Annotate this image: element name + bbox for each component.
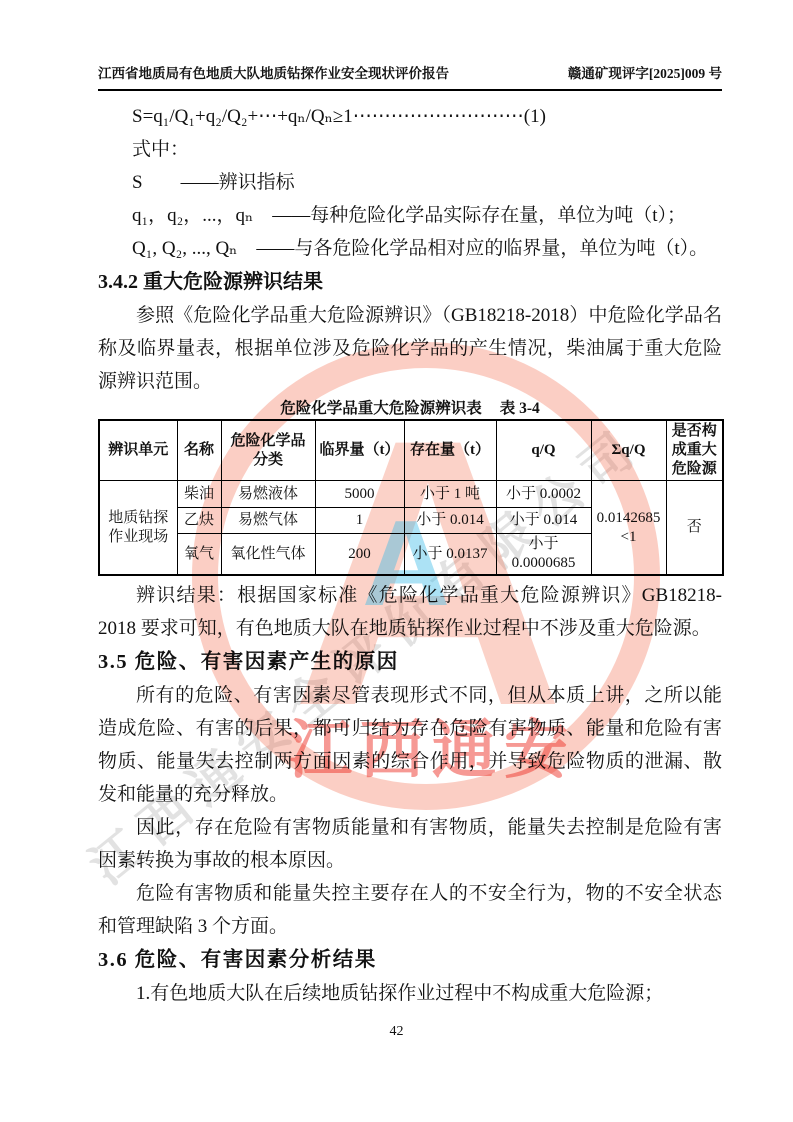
column-header-category: 危险化学品分类 <box>221 420 315 481</box>
table-caption-title: 危险化学品重大危险源辨识表 <box>280 400 482 417</box>
critical-cell: 1 <box>315 508 404 534</box>
header-report-title: 江西省地质局有色地质大队地质钻探作业安全现状评价报告 <box>98 62 449 82</box>
section-heading-36: 3.6 危险、有害因素分析结果 <box>98 943 722 977</box>
paragraph-36-1: 1.有色地质大队在后续地质钻探作业过程中不构成重大危险源； <box>98 977 722 1010</box>
column-header-critical: 临界量（t） <box>315 420 404 481</box>
amount-cell: 小于 1 吨 <box>404 481 496 508</box>
sum-ratio-cell: 0.0142685 <1 <box>591 481 666 576</box>
category-cell: 易燃气体 <box>221 508 315 534</box>
page-header: 江西省地质局有色地质大队地质钻探作业安全现状评价报告 赣通矿现评字[2025]0… <box>98 62 722 91</box>
formula-where-label: 式中： <box>98 133 722 166</box>
name-cell: 柴油 <box>177 481 221 508</box>
column-header-ratio: q/Q <box>496 420 591 481</box>
section-heading-342: 3.4.2 重大危险源辨识结果 <box>98 265 722 299</box>
table-caption-label: 表 3-4 <box>500 400 540 417</box>
name-cell: 乙炔 <box>177 508 221 534</box>
critical-cell: 200 <box>315 534 404 576</box>
paragraph-35-1: 所有的危险、有害因素尽管表现形式不同，但从本质上讲，之所以能造成危险、有害的后果… <box>98 679 722 811</box>
hazard-identification-table: 辨识单元 名称 危险化学品分类 临界量（t） 存在量（t） q/Q Σq/Q 是… <box>98 419 724 576</box>
identification-result-paragraph: 辨识结果：根据国家标准《危险化学品重大危险源辨识》GB18218-2018 要求… <box>98 579 722 645</box>
critical-cell: 5000 <box>315 481 404 508</box>
document-page: 江西省地质局有色地质大队地质钻探作业安全现状评价报告 赣通矿现评字[2025]0… <box>0 0 793 1122</box>
category-cell: 易燃液体 <box>221 481 315 508</box>
paragraph-35-2: 因此，存在危险有害物质能量和有害物质，能量失去控制是危险有害因素转换为事故的根本… <box>98 811 722 877</box>
formula-term-q: q₁，q₂，...，qₙ ——每种危险化学品实际存在量，单位为吨（t）； <box>98 199 722 232</box>
ratio-cell: 小于 0.014 <box>496 508 591 534</box>
ratio-cell: 小于 0.0002 <box>496 481 591 508</box>
table-caption: 危险化学品重大危险源辨识表表 3-4 <box>98 399 722 419</box>
amount-cell: 小于 0.014 <box>404 508 496 534</box>
page-content: S=q₁/Q₁+q₂/Q₂+⋯+qₙ/Qₙ≥1⋯⋯⋯⋯⋯⋯⋯⋯⋯(1) 式中： … <box>98 100 722 1010</box>
page-footer: 42 <box>0 1024 793 1040</box>
name-cell: 氧气 <box>177 534 221 576</box>
column-header-unit: 辨识单元 <box>99 420 177 481</box>
page-number: 42 <box>390 1024 404 1039</box>
paragraph-342: 参照《危险化学品重大危险源辨识》（GB18218-2018）中危险化学品名称及临… <box>98 299 722 398</box>
table-row-diesel: 地质钻探作业现场 柴油 易燃液体 5000 小于 1 吨 小于 0.0002 0… <box>99 481 723 508</box>
category-cell: 氧化性气体 <box>221 534 315 576</box>
column-header-is-major: 是否构成重大危险源 <box>666 420 723 481</box>
header-doc-number: 赣通矿现评字[2025]009 号 <box>568 62 722 82</box>
ratio-cell: 小于 0.0000685 <box>496 534 591 576</box>
column-header-name: 名称 <box>177 420 221 481</box>
column-header-sum-ratio: Σq/Q <box>591 420 666 481</box>
formula-term-Q: Q₁, Q₂, ..., Qₙ ——与各危险化学品相对应的临界量，单位为吨（t）… <box>98 232 722 265</box>
section-heading-35: 3.5 危险、有害因素产生的原因 <box>98 645 722 679</box>
is-major-cell: 否 <box>666 481 723 576</box>
table-header-row: 辨识单元 名称 危险化学品分类 临界量（t） 存在量（t） q/Q Σq/Q 是… <box>99 420 723 481</box>
formula-term-s: S ——辨识指标 <box>98 166 722 199</box>
unit-cell: 地质钻探作业现场 <box>99 481 177 576</box>
amount-cell: 小于 0.0137 <box>404 534 496 576</box>
column-header-amount: 存在量（t） <box>404 420 496 481</box>
paragraph-35-3: 危险有害物质和能量失控主要存在人的不安全行为，物的不安全状态和管理缺陷 3 个方… <box>98 877 722 943</box>
formula-equation: S=q₁/Q₁+q₂/Q₂+⋯+qₙ/Qₙ≥1⋯⋯⋯⋯⋯⋯⋯⋯⋯(1) <box>98 100 722 133</box>
